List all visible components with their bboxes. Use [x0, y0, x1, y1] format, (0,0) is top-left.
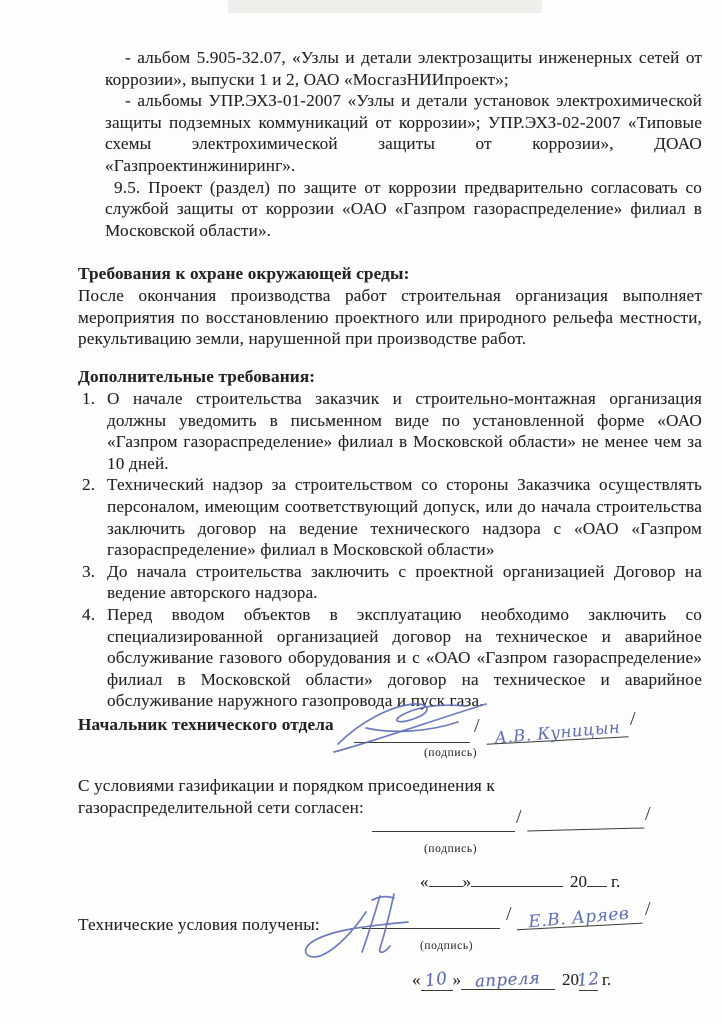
signature-slash: /: [506, 903, 512, 926]
intro-paragraph-1: - альбом 5.905-32.07, «Узлы и детали эле…: [105, 47, 702, 90]
agree-signature-line: [372, 808, 515, 832]
quote-open: «: [412, 970, 421, 990]
agreement-statement-line2: газораспределительной сети согласен:: [78, 797, 364, 819]
blank-month-line: [471, 871, 563, 887]
received-name-handwritten: Е.В. Аряев: [528, 904, 630, 933]
requirement-number: 2.: [82, 474, 107, 560]
environment-paragraph: После окончания производства работ строи…: [78, 285, 702, 350]
date-received-row: «10»апреля2012г.: [412, 969, 611, 991]
chief-name-handwritten: А.В. Куницын: [494, 718, 621, 748]
blank-year-line: [587, 871, 607, 887]
blank-day-line: [429, 871, 463, 887]
handwritten-year: 12: [576, 969, 601, 991]
century-label: 20: [570, 872, 587, 892]
date-blank-row: «»20г.: [420, 871, 620, 892]
intro-paragraph-2: - альбомы УПР.ЭХЗ-01-2007 «Узлы и детали…: [105, 90, 702, 176]
received-name-line: Е.В. Аряев: [515, 899, 642, 931]
requirement-item: 2. Технический надзор за строительством …: [82, 474, 702, 560]
era-label: г.: [611, 872, 620, 892]
received-label: Технические условия получены:: [78, 914, 320, 936]
signature-slash: /: [645, 898, 651, 921]
requirement-text: О начале строительства заказчик и строит…: [107, 388, 702, 474]
received-day-line: 10: [421, 970, 453, 991]
requirement-number: 3.: [82, 561, 107, 604]
environment-heading: Требования к охране окружающей среды:: [78, 263, 409, 285]
agreement-statement-line1: С условиями газификации и порядком присо…: [78, 775, 495, 797]
signature-slash: /: [516, 806, 522, 829]
intro-block: - альбом 5.905-32.07, «Узлы и детали эле…: [105, 47, 702, 241]
chief-title-label: Начальник технического отдела: [78, 714, 334, 736]
additional-heading: Дополнительные требования:: [78, 366, 315, 388]
signature-slash: /: [474, 715, 480, 738]
intro-paragraph-3: 9.5. Проект (раздел) по защите от корроз…: [105, 177, 702, 242]
era-label: г.: [602, 970, 611, 990]
podpis-caption: (подпись): [424, 747, 477, 759]
additional-requirements-list: 1. О начале строительства заказчик и стр…: [82, 388, 702, 712]
podpis-caption: (подпись): [420, 940, 473, 952]
requirement-number: 1.: [82, 388, 107, 474]
received-month-line: апреля: [461, 969, 555, 990]
scan-artifact-top: [228, 0, 542, 13]
requirement-item: 3. До начала строительства заключить с п…: [82, 561, 702, 604]
handwritten-month: апреля: [475, 968, 541, 990]
agree-name-line: [527, 804, 645, 831]
quote-close: »: [453, 970, 462, 990]
requirement-number: 4.: [82, 604, 107, 712]
signature-slash: /: [630, 708, 636, 731]
requirement-text: До начала строительства заключить с прое…: [107, 561, 702, 604]
requirement-text: Технический надзор за строительством со …: [107, 474, 702, 560]
requirement-item: 1. О начале строительства заказчик и стр…: [82, 388, 702, 474]
received-year-line: 12: [579, 970, 598, 991]
podpis-caption: (подпись): [424, 843, 477, 855]
document-page: - альбом 5.905-32.07, «Узлы и детали эле…: [0, 0, 724, 1024]
signature-slash: /: [645, 803, 651, 826]
chief-name-line: А.В. Куницын: [485, 712, 628, 744]
quote-close: »: [463, 872, 472, 892]
handwritten-day: 10: [424, 969, 449, 992]
quote-open: «: [420, 872, 429, 892]
